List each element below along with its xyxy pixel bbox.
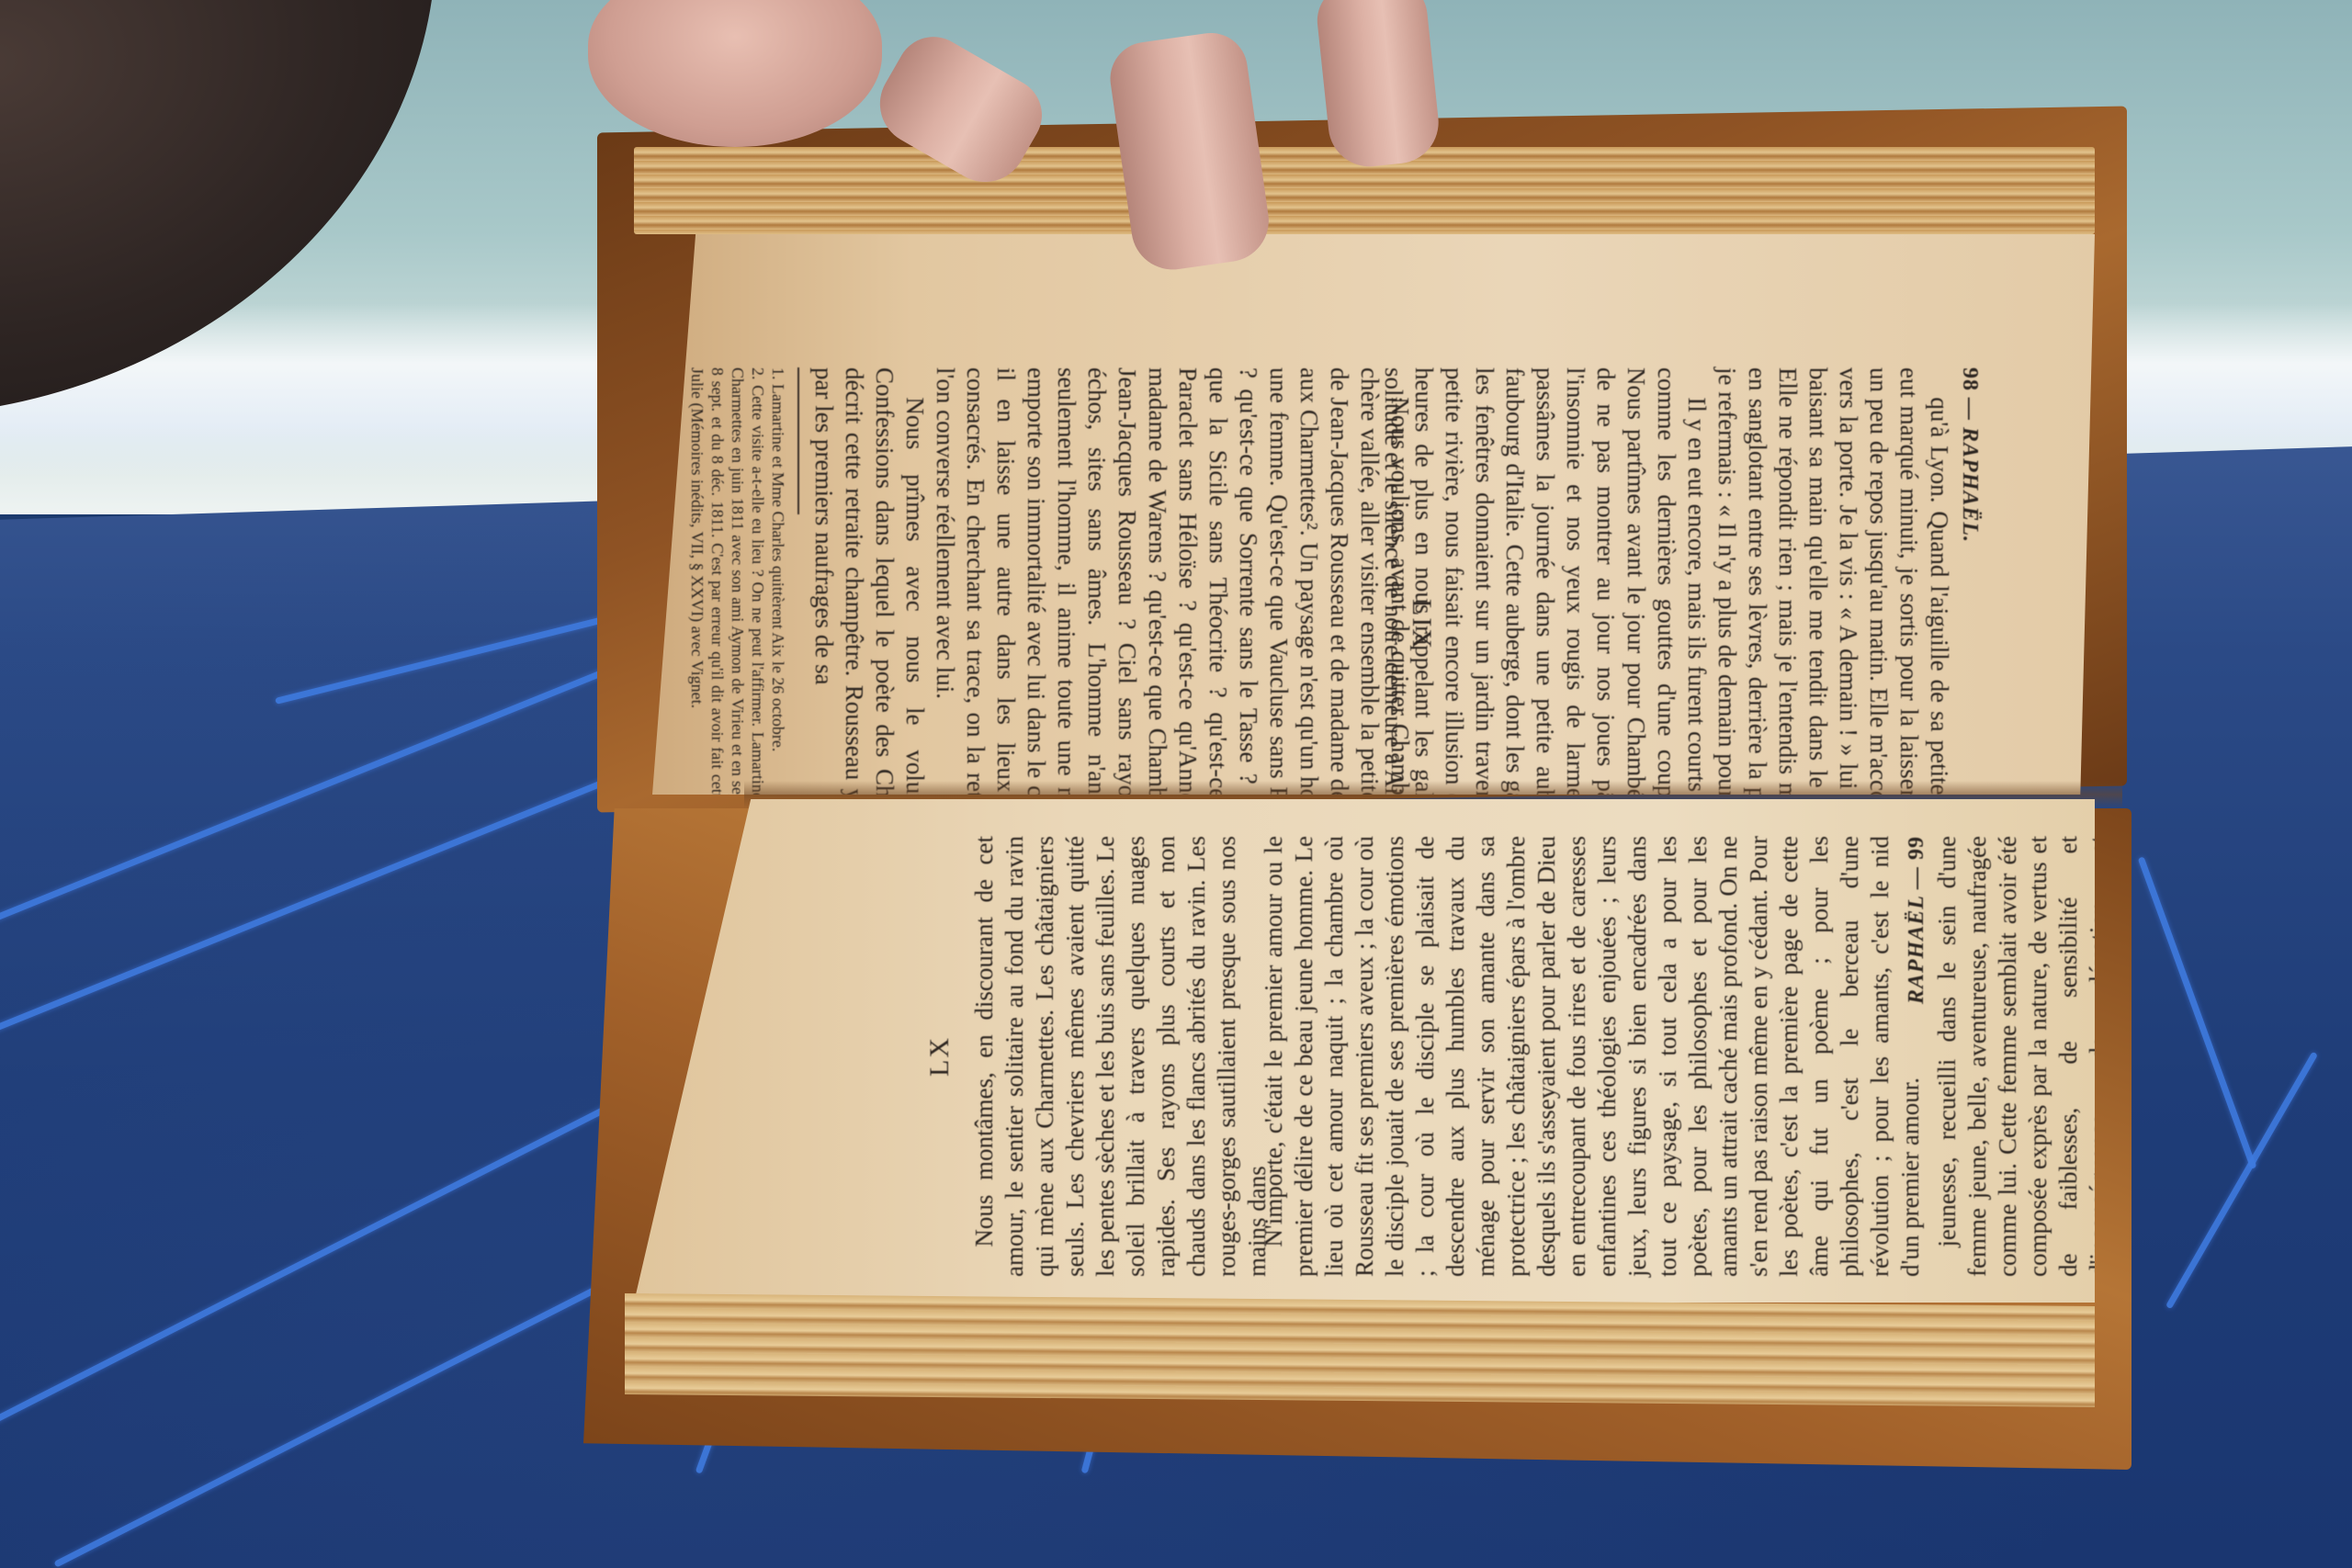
paragraph: Nous voulions, avant de quitter Chambéry… — [930, 367, 1415, 795]
middle-finger — [1314, 0, 1442, 171]
footnote: 2. Cette visite a-t-elle eu lieu ? On ne… — [687, 367, 768, 795]
page-98-text: 98 — RAPHAËL. qu'à Lyon. Quand l'aiguill… — [1378, 367, 1984, 795]
page-99-text-middle: N'importe, c'était le premier amour ou l… — [1259, 836, 1926, 1277]
page-edges-lower — [625, 1293, 2095, 1407]
page-99-chapter-block: LX Nous montâmes, en discourant de cet a… — [910, 836, 1272, 1277]
paragraph: Nous montâmes, en discourant de cet amou… — [969, 836, 1272, 1277]
page-99-text: RAPHAËL — 99 jeunesse, recueilli dans le… — [1902, 836, 2095, 1277]
running-head: 98 — RAPHAËL. — [1954, 367, 1984, 795]
page-98: 98 — RAPHAËL. qu'à Lyon. Quand l'aiguill… — [652, 234, 2095, 795]
page-number: 98 — [1958, 367, 1982, 391]
paragraph: N'importe, c'était le premier amour ou l… — [1259, 836, 1926, 1277]
footnote: 1. Lamartine et Mme Charles quittèrent A… — [768, 367, 788, 795]
page-98-text-continued: Nous voulions, avant de quitter Chambéry… — [687, 367, 1415, 795]
paragraph: qu'à Lyon. Quand l'aiguille de sa petite… — [1712, 367, 1954, 795]
footnote-rule — [797, 367, 799, 514]
paragraph: Nous prîmes avec nous le volume des Conf… — [808, 367, 930, 795]
chapter-heading: LX — [924, 836, 955, 1277]
running-head-title: — RAPHAËL. — [1958, 398, 1982, 543]
page-99: RAPHAËL — 99 jeunesse, recueilli dans le… — [634, 799, 2095, 1303]
paragraph: jeunesse, recueilli dans le sein d'une f… — [1932, 836, 2095, 1277]
